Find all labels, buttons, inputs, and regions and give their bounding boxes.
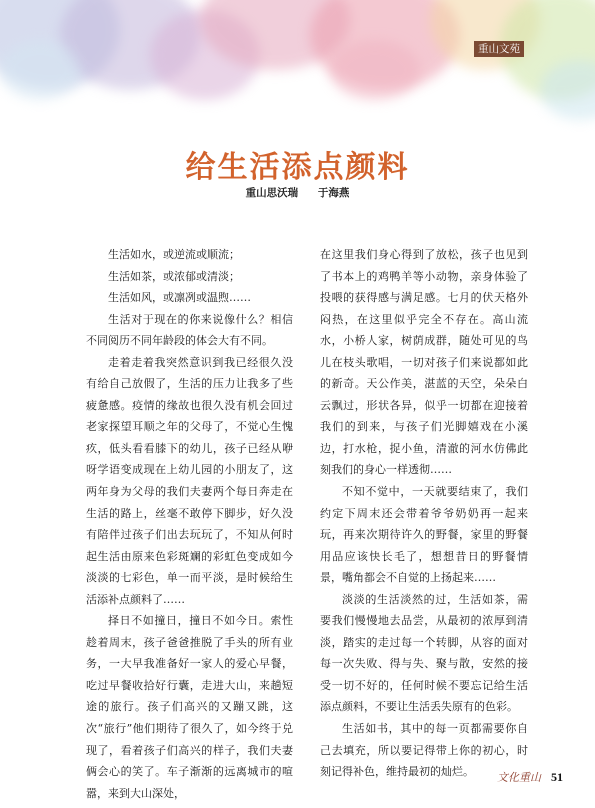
paragraph: 走着走着我突然意识到我已经很久没有给自己放假了，生活的压力让我多了些疲惫感。疫情… [86,352,293,611]
article-authors: 重山思沃瑞 于海燕 [0,185,595,200]
paragraph: 择日不如撞日，撞日不如今日。索性趁着周末，孩子爸爸推脱了手头的所有业务，一大早我… [86,610,293,804]
page-number: 51 [551,770,563,785]
author-name: 于海燕 [318,187,350,199]
section-tag: 重山文苑 [474,41,524,57]
right-column: 在这里我们身心得到了放松，孩子也见到了书本上的鸡鸭羊等小动物，亲身体验了投喂的获… [320,244,528,783]
left-column: 生活如水，或逆流或顺流； 生活如茶，或浓郁或清淡； 生活如风，或凛冽或温煦…… … [86,244,293,804]
paragraph: 淡淡的生活淡然的过，生活如茶，需要我们慢慢地去品尝，从最初的浓厚到清淡，踏实的走… [320,589,528,718]
magazine-name: 文化重山 [497,769,541,785]
paragraph: 在这里我们身心得到了放松，孩子也见到了书本上的鸡鸭羊等小动物，亲身体验了投喂的获… [320,244,528,481]
paragraph: 生活如茶，或浓郁或清淡； [86,266,293,288]
page-footer: 文化重山 51 [497,769,563,785]
paragraph: 生活如风，或凛冽或温煦…… [86,287,293,309]
watercolor-splash-header [0,0,595,160]
paragraph: 生活对于现在的你来说像什么？相信不同阅历不同年龄段的体会大有不同。 [86,309,293,352]
article-title: 给生活添点颜料 [0,142,595,186]
paragraph: 生活如水，或逆流或顺流； [86,244,293,266]
author-name: 重山思沃瑞 [246,187,299,199]
paragraph: 不知不觉中，一天就要结束了，我们约定下周末还会带着爷爷奶奶再一起来玩，再来次期待… [320,481,528,589]
